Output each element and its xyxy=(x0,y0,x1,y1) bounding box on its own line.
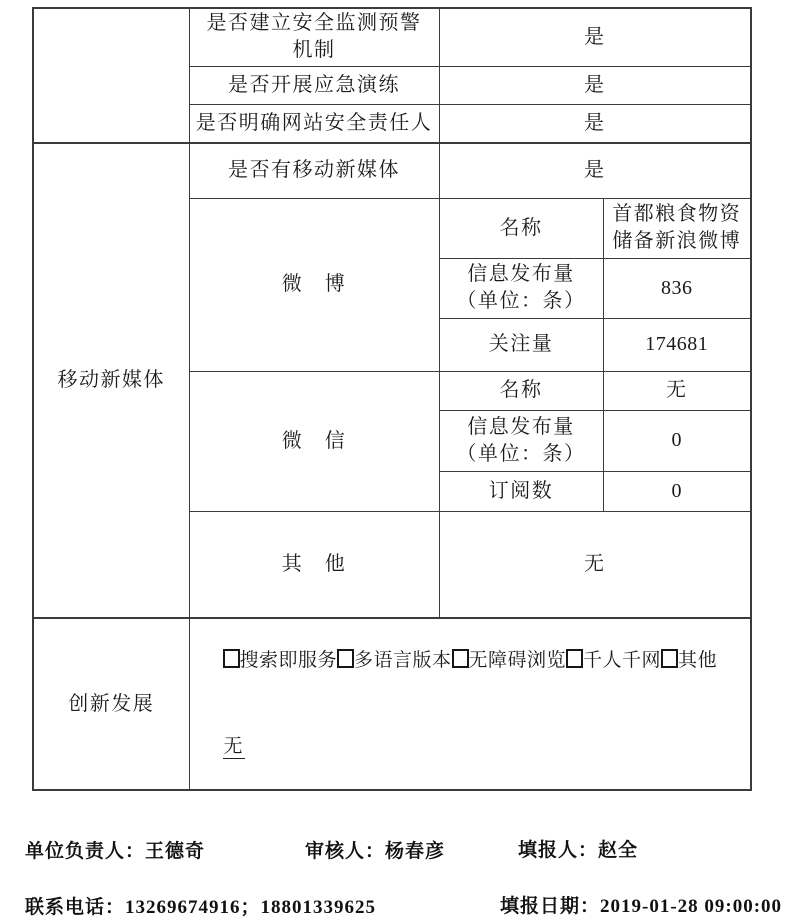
security-row-value: 是 xyxy=(439,104,751,143)
innovation-other-value: 无 xyxy=(223,736,246,759)
group-label-weibo: 微 博 xyxy=(189,198,439,371)
weibo-followers-value: 174681 xyxy=(603,318,751,371)
checkbox-icon xyxy=(452,649,469,668)
checkbox-option-label: 多语言版本 xyxy=(354,650,452,671)
footer-filler: 填报人：赵全 xyxy=(518,835,638,862)
innovation-content-cell: 搜索即服务多语言版本无障碍浏览千人千网其他 无 xyxy=(189,618,751,790)
wechat-posts-label: 信息发布量 （单位：条） xyxy=(439,410,603,471)
report-page: 是否建立安全监测预警 机制 是 是否开展应急演练 是 是否明确网站安全责任人 是… xyxy=(0,0,800,921)
security-row-value: 是 xyxy=(439,66,751,104)
checkbox-option-label: 搜索即服务 xyxy=(240,650,338,671)
weibo-posts-value: 836 xyxy=(603,258,751,318)
empty-section-cell xyxy=(33,8,189,143)
footer-contact-phone: 联系电话：13269674916；18801339625 xyxy=(25,892,376,919)
security-row-label: 是否明确网站安全责任人 xyxy=(189,104,439,143)
weibo-name-value: 首都粮食物资 储备新浪微博 xyxy=(603,198,751,258)
wechat-posts-value: 0 xyxy=(603,410,751,471)
weibo-followers-label: 关注量 xyxy=(439,318,603,371)
checkbox-option-label: 无障碍浏览 xyxy=(469,650,567,671)
has-mobile-label: 是否有移动新媒体 xyxy=(189,143,439,198)
weibo-name-label: 名称 xyxy=(439,198,603,258)
other-media-value: 无 xyxy=(439,511,751,618)
checkbox-option-label: 其他 xyxy=(678,650,717,671)
group-label-other: 其 他 xyxy=(189,511,439,618)
section-label-mobile-media: 移动新媒体 xyxy=(33,143,189,618)
footer-fill-date: 填报日期：2019-01-28 09:00:00 xyxy=(500,891,782,918)
has-mobile-value: 是 xyxy=(439,143,751,198)
checkbox-icon xyxy=(337,649,354,668)
footer-unit-head: 单位负责人：王德奇 xyxy=(25,836,205,863)
security-row-value: 是 xyxy=(439,8,751,66)
innovation-other-value-line: 无 xyxy=(223,705,745,761)
footer-reviewer: 审核人：杨春彦 xyxy=(305,836,445,863)
wechat-name-value: 无 xyxy=(603,371,751,410)
checkbox-icon xyxy=(566,649,583,668)
group-label-wechat: 微 信 xyxy=(189,371,439,511)
weibo-posts-label: 信息发布量 （单位：条） xyxy=(439,258,603,318)
wechat-name-label: 名称 xyxy=(439,371,603,410)
checkbox-icon xyxy=(661,649,678,668)
innovation-checkbox-line: 搜索即服务多语言版本无障碍浏览千人千网其他 xyxy=(223,647,745,675)
security-row-label: 是否建立安全监测预警 机制 xyxy=(189,8,439,66)
wechat-subscribers-value: 0 xyxy=(603,471,751,511)
section-label-innovation: 创新发展 xyxy=(33,618,189,790)
wechat-subscribers-label: 订阅数 xyxy=(439,471,603,511)
annual-report-table: 是否建立安全监测预警 机制 是 是否开展应急演练 是 是否明确网站安全责任人 是… xyxy=(32,7,752,791)
checkbox-option-label: 千人千网 xyxy=(583,650,661,671)
checkbox-icon xyxy=(223,649,240,668)
security-row-label: 是否开展应急演练 xyxy=(189,66,439,104)
